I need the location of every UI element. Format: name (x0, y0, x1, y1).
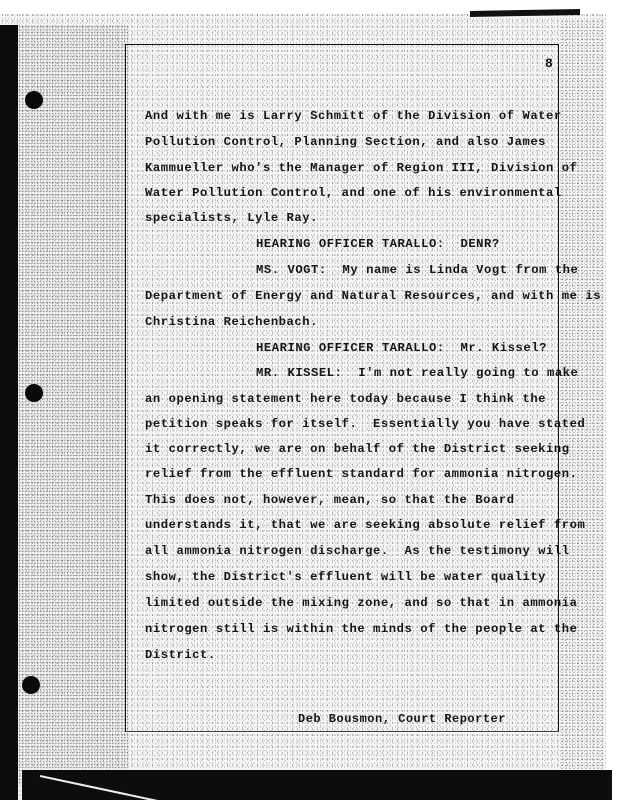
transcript-line: Christina Reichenbach. (145, 315, 318, 329)
punch-hole-top (25, 91, 43, 109)
transcript-line: show, the District's effluent will be wa… (145, 570, 546, 584)
transcript-line: it correctly, we are on behalf of the Di… (145, 442, 570, 456)
transcript-line: petition speaks for itself. Essentially … (145, 417, 585, 431)
scan-noise-right-margin (560, 20, 605, 780)
court-reporter-footer: Deb Bousmon, Court Reporter (298, 712, 506, 726)
transcript-line: nitrogen still is within the minds of th… (145, 622, 578, 636)
page-number: 8 (545, 56, 553, 71)
right-white-margin (606, 0, 618, 800)
transcript-line: limited outside the mixing zone, and so … (145, 596, 578, 610)
speaker-line: MR. KISSEL: I'm not really going to make (256, 366, 578, 380)
speaker-line: MS. VOGT: My name is Linda Vogt from the (256, 263, 578, 277)
transcript-line: relief from the effluent standard for am… (145, 467, 578, 481)
transcript-line: This does not, however, mean, so that th… (145, 493, 515, 507)
transcript-line: Pollution Control, Planning Section, and… (145, 135, 546, 149)
punch-hole-bottom (22, 676, 40, 694)
bottom-scan-edge (22, 770, 612, 800)
transcript-line: Water Pollution Control, and one of his … (145, 186, 562, 200)
transcript-line: Department of Energy and Natural Resourc… (145, 289, 601, 303)
scan-noise-left-margin (18, 25, 128, 785)
transcript-line: understands it, that we are seeking abso… (145, 518, 585, 532)
transcript-line: District. (145, 648, 216, 662)
transcript-line: an opening statement here today because … (145, 392, 546, 406)
punch-hole-middle (25, 384, 43, 402)
transcript-line: Kammueller who's the Manager of Region I… (145, 161, 578, 175)
speaker-line: HEARING OFFICER TARALLO: Mr. Kissel? (256, 341, 547, 355)
transcript-line: And with me is Larry Schmitt of the Divi… (145, 109, 562, 123)
left-scan-edge (0, 25, 18, 800)
transcript-line: all ammonia nitrogen discharge. As the t… (145, 544, 570, 558)
speaker-line: HEARING OFFICER TARALLO: DENR? (256, 237, 500, 251)
transcript-line: specialists, Lyle Ray. (145, 211, 318, 225)
